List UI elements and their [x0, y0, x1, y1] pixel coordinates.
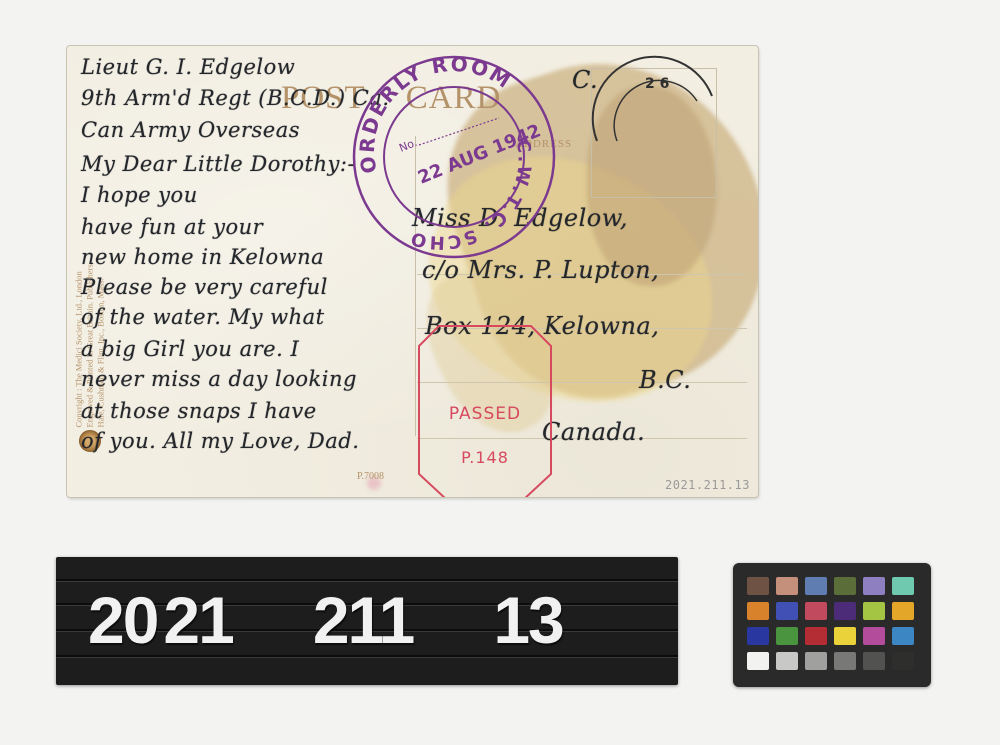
- censor-number: P.148: [417, 448, 553, 467]
- color-checker-card: [733, 563, 931, 687]
- color-swatch: [776, 577, 798, 595]
- digit-group: 20: [88, 585, 157, 655]
- orderly-room-stamp: ORDERLY ROOM C.W.T.C. SCHOOL No. 22 AUG …: [349, 52, 559, 262]
- accession-number-board: 20 21 211 13: [56, 557, 678, 685]
- color-swatch: [776, 627, 798, 645]
- message-line: Lieut G. I. Edgelow: [81, 52, 295, 83]
- censor-passed-label: PASSED: [417, 404, 553, 424]
- color-swatch: [863, 602, 885, 620]
- color-swatch: [747, 602, 769, 620]
- color-swatch: [747, 577, 769, 595]
- color-swatch: [776, 602, 798, 620]
- color-swatch: [892, 652, 914, 670]
- message-line: at those snaps I have: [81, 396, 317, 427]
- digit-group: 211: [313, 585, 413, 655]
- printed-card-code: P.7008: [357, 471, 384, 482]
- color-swatch: [805, 602, 827, 620]
- message-line: of you. All my Love, Dad.: [81, 426, 359, 457]
- color-swatch: [834, 627, 856, 645]
- color-swatch: [834, 577, 856, 595]
- svg-text:2 6: 2 6: [645, 76, 669, 92]
- postcard: POSTCARD ADDRESS Copyright : The Medici …: [67, 46, 758, 497]
- accession-digits: 20 21 211 13: [88, 585, 563, 655]
- postmark: 2 6: [587, 46, 727, 156]
- color-swatch: [747, 652, 769, 670]
- message-line: Please be very careful: [81, 272, 328, 303]
- address-line: B.C.: [639, 366, 691, 394]
- color-swatch: [834, 602, 856, 620]
- message-line: never miss a day looking: [81, 364, 357, 395]
- digit-group: 13: [493, 585, 562, 655]
- color-swatch: [892, 602, 914, 620]
- message-line: new home in Kelowna: [81, 242, 324, 273]
- color-swatch: [863, 652, 885, 670]
- color-swatch: [805, 652, 827, 670]
- color-swatch: [805, 577, 827, 595]
- message-line: I hope you: [81, 180, 198, 211]
- color-swatch: [747, 627, 769, 645]
- address-line: Canada.: [542, 418, 645, 446]
- color-swatch: [834, 652, 856, 670]
- message-line: Can Army Overseas: [81, 115, 300, 146]
- message-line: have fun at your: [81, 212, 263, 243]
- message-line: My Dear Little Dorothy:-: [81, 149, 355, 180]
- color-swatch: [805, 627, 827, 645]
- color-swatch: [892, 577, 914, 595]
- pencil-accession-number: 2021.211.13: [665, 478, 750, 492]
- message-line: of the water. My what: [81, 302, 325, 333]
- censor-passed-stamp: PASSED P.148: [417, 324, 553, 497]
- color-swatch: [776, 652, 798, 670]
- color-swatch: [863, 627, 885, 645]
- digit-group: 21: [163, 585, 232, 655]
- color-swatch: [863, 577, 885, 595]
- color-swatch: [892, 627, 914, 645]
- message-line: a big Girl you are. I: [81, 334, 299, 365]
- message-line: 9th Arm'd Regt (B.C.D.) Ca.: [81, 83, 390, 114]
- color-swatch-grid: [747, 577, 914, 670]
- svg-text:No.: No.: [397, 136, 419, 155]
